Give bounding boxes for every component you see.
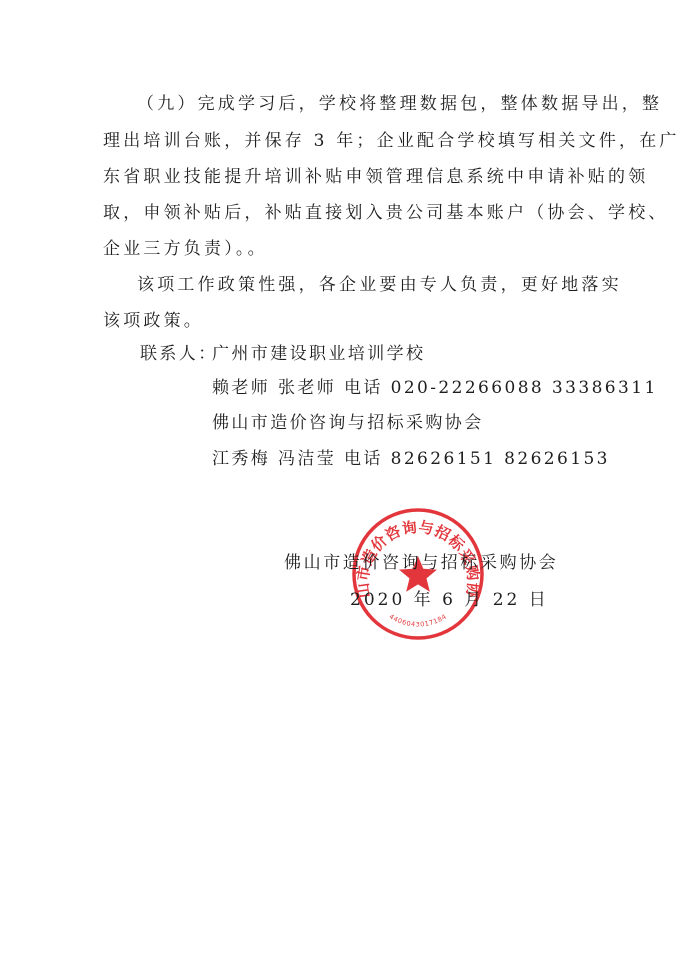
- paragraph-1-line-1: （九）完成学习后，学校将整理数据包，整体数据导出，整: [137, 93, 662, 115]
- signature-date: 2020 年 6 月 22 日: [350, 589, 549, 611]
- signature-organization: 佛山市造价咨询与招标采购协会: [284, 552, 558, 574]
- paragraph-1-line-5: 企业三方负责）。。: [103, 238, 268, 260]
- contact-association-name: 佛山市造价咨询与招标采购协会: [212, 412, 484, 434]
- contact-school-phones: 赖老师 张老师 电话 020-22266088 33386311: [212, 377, 658, 399]
- official-seal: 佛山市造价咨询与招标采购协会 4406043017184: [350, 506, 486, 642]
- paragraph-1-line-3: 东省职业技能提升培训补贴申领管理信息系统中申请补贴的领: [103, 166, 648, 188]
- seal-code: 4406043017184: [388, 612, 449, 628]
- contact-school-name: 广州市建设职业培训学校: [212, 343, 425, 365]
- paragraph-2-line-1: 该项工作政策性强，各企业要由专人负责，更好地落实: [137, 274, 622, 296]
- paragraph-2-line-2: 该项政策。: [103, 310, 204, 332]
- contacts-label: 联系人：: [140, 343, 218, 365]
- paragraph-1-line-4: 取，申领补贴后，补贴直接划入贵公司基本账户（协会、学校、: [103, 202, 669, 224]
- document-page: （九）完成学习后，学校将整理数据包，整体数据导出，整 理出培训台账，并保存 3 …: [0, 0, 680, 962]
- paragraph-1-line-2: 理出培训台账，并保存 3 年；企业配合学校填写相关文件，在广: [103, 130, 680, 152]
- contact-association-phones: 江秀梅 冯洁莹 电话 82626151 82626153: [212, 448, 610, 470]
